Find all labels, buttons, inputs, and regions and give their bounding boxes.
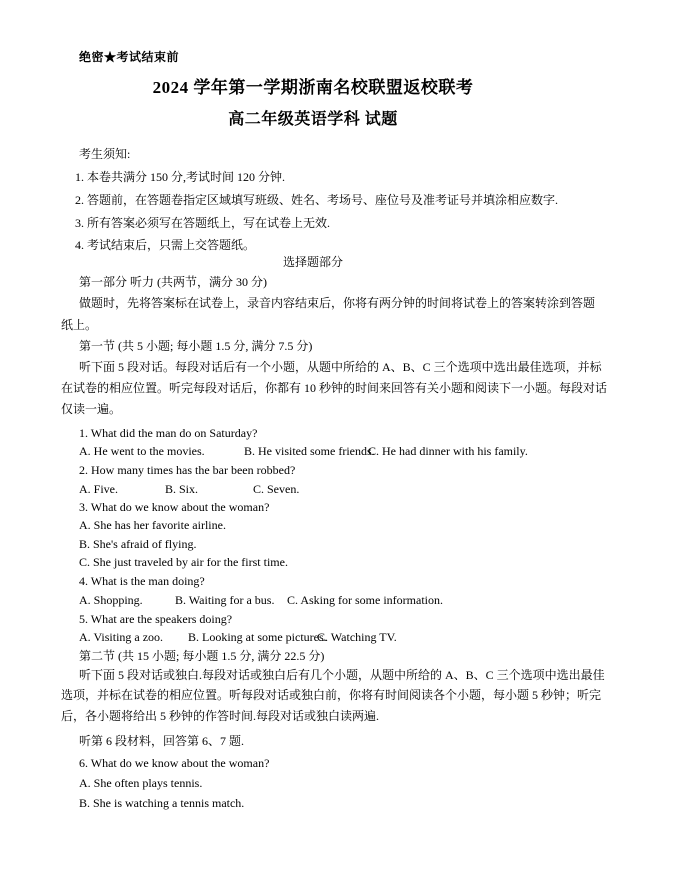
- section2-instruction-line2: 选项，并标在试卷的相应位置。听每段对话或独白前，你将有时间阅读各个小题，每小题 …: [61, 687, 565, 704]
- question-1-options-text: B. He visited some friends.: [244, 443, 375, 460]
- notice-heading: 考生须知:: [61, 146, 565, 163]
- question-4-options: A. Shopping.B. Waiting for a bus.C. Aski…: [61, 592, 565, 609]
- question-3-option-b: B. She's afraid of flying.: [61, 536, 565, 553]
- notice-item-4-text: 4. 考试结束后，只需上交答题纸。: [75, 237, 255, 254]
- part-selection-heading: 选择题部分: [61, 254, 565, 271]
- question-4: 4. What is the man doing?: [61, 573, 565, 590]
- section2-instruction-line2-text: 选项，并标在试卷的相应位置。听每段对话或独白前，你将有时间阅读各个小题，每小题 …: [61, 687, 601, 704]
- question-4-options-text: C. Asking for some information.: [287, 592, 443, 609]
- section1-instruction-line3-text: 仅读一遍。: [61, 401, 121, 418]
- notice-item-4: 4. 考试结束后，只需上交答题纸。: [61, 237, 565, 254]
- question-2-options-text: A. Five.: [79, 481, 118, 498]
- section2-instruction-line3: 后，各小题将给出 5 秒钟的作答时间.每段对话或独白读两遍.: [61, 708, 565, 725]
- question-5-options: A. Visiting a zoo.B. Looking at some pic…: [61, 629, 565, 646]
- notice-item-3-text: 3. 所有答案必须写在答题纸上，写在试卷上无效.: [75, 215, 330, 232]
- question-5-options-text: A. Visiting a zoo.: [79, 629, 163, 646]
- question-3-option-c: C. She just traveled by air for the firs…: [61, 554, 565, 571]
- question-6-option-b: B. She is watching a tennis match.: [61, 795, 565, 812]
- question-5-options-text: C. Watching TV.: [317, 629, 397, 646]
- question-4-text: 4. What is the man doing?: [79, 573, 205, 590]
- question-1-options-text: C. He had dinner with his family.: [368, 443, 528, 460]
- question-2-options-text: C. Seven.: [253, 481, 299, 498]
- question-5-options-text: B. Looking at some pictures.: [188, 629, 327, 646]
- listening-instruction-line1-text: 做题时，先将答案标在试卷上，录音内容结束后，你将有两分钟的时间将试卷上的答案转涂…: [79, 295, 595, 312]
- section1-instruction-line1: 听下面 5 段对话。每段对话后有一个小题，从题中所给的 A、B、C 三个选项中选…: [61, 359, 565, 376]
- question-5-text: 5. What are the speakers doing?: [79, 611, 232, 628]
- question-6-text: 6. What do we know about the woman?: [79, 755, 269, 772]
- exam-subtitle-text: 高二年级英语学科 试题: [228, 111, 398, 128]
- question-5: 5. What are the speakers doing?: [61, 611, 565, 628]
- part1-listening-heading-text: 第一部分 听力 (共两节，满分 30 分): [79, 274, 267, 291]
- security-label: 绝密★考试结束前: [61, 49, 565, 66]
- exam-subtitle: 高二年级英语学科 试题: [61, 109, 565, 130]
- section2-heading-text: 第二节 (共 15 小题; 每小题 1.5 分, 满分 22.5 分): [79, 648, 324, 665]
- exam-paper-page: 绝密★考试结束前2024 学年第一学期浙南名校联盟返校联考高二年级英语学科 试题…: [0, 0, 700, 877]
- question-2: 2. How many times has the bar been robbe…: [61, 462, 565, 479]
- question-1-text: 1. What did the man do on Saturday?: [79, 425, 257, 442]
- section1-heading-text: 第一节 (共 5 小题; 每小题 1.5 分, 满分 7.5 分): [79, 338, 312, 355]
- question-2-text: 2. How many times has the bar been robbe…: [79, 462, 295, 479]
- notice-item-1-text: 1. 本卷共满分 150 分,考试时间 120 分钟.: [75, 169, 285, 186]
- section1-instruction-line2: 在试卷的相应位置。听完每段对话后，你都有 10 秒钟的时间来回答有关小题和阅读下…: [61, 380, 565, 397]
- question-6-option-a: A. She often plays tennis.: [61, 775, 565, 792]
- notice-item-2-text: 2. 答题前，在答题卷指定区域填写班级、姓名、考场号、座位号及准考证号并填涂相应…: [75, 192, 558, 209]
- notice-item-1: 1. 本卷共满分 150 分,考试时间 120 分钟.: [61, 169, 565, 186]
- question-6-option-b-text: B. She is watching a tennis match.: [79, 795, 244, 812]
- notice-item-2: 2. 答题前，在答题卷指定区域填写班级、姓名、考场号、座位号及准考证号并填涂相应…: [61, 192, 565, 209]
- exam-title: 2024 学年第一学期浙南名校联盟返校联考: [61, 77, 565, 99]
- question-1-options-text: A. He went to the movies.: [79, 443, 205, 460]
- part-selection-heading-text: 选择题部分: [283, 255, 343, 269]
- listening-instruction-line2: 纸上。: [61, 317, 565, 334]
- section2-heading: 第二节 (共 15 小题; 每小题 1.5 分, 满分 22.5 分): [61, 648, 565, 665]
- question-1-options: A. He went to the movies.B. He visited s…: [61, 443, 565, 460]
- question-2-options: A. Five.B. Six.C. Seven.: [61, 481, 565, 498]
- exam-title-text: 2024 学年第一学期浙南名校联盟返校联考: [153, 78, 474, 97]
- material-6-prompt: 听第 6 段材料，回答第 6、7 题.: [61, 733, 565, 750]
- question-1: 1. What did the man do on Saturday?: [61, 425, 565, 442]
- question-3-option-a: A. She has her favorite airline.: [61, 517, 565, 534]
- listening-instruction-line2-text: 纸上。: [61, 317, 97, 334]
- question-3-option-c-text: C. She just traveled by air for the firs…: [79, 554, 288, 571]
- section1-instruction-line3: 仅读一遍。: [61, 401, 565, 418]
- section1-instruction-line1-text: 听下面 5 段对话。每段对话后有一个小题，从题中所给的 A、B、C 三个选项中选…: [79, 359, 602, 376]
- security-label-text: 绝密★考试结束前: [79, 49, 179, 66]
- section1-heading: 第一节 (共 5 小题; 每小题 1.5 分, 满分 7.5 分): [61, 338, 565, 355]
- material-6-prompt-text: 听第 6 段材料，回答第 6、7 题.: [79, 733, 244, 750]
- section2-instruction-line1-text: 听下面 5 段对话或独白.每段对话或独白后有几个小题，从题中所给的 A、B、C …: [79, 667, 605, 684]
- question-2-options-text: B. Six.: [165, 481, 198, 498]
- exam-paper-content: 绝密★考试结束前2024 学年第一学期浙南名校联盟返校联考高二年级英语学科 试题…: [61, 0, 565, 877]
- notice-item-3: 3. 所有答案必须写在答题纸上，写在试卷上无效.: [61, 215, 565, 232]
- question-4-options-text: B. Waiting for a bus.: [175, 592, 274, 609]
- section2-instruction-line1: 听下面 5 段对话或独白.每段对话或独白后有几个小题，从题中所给的 A、B、C …: [61, 667, 565, 684]
- section1-instruction-line2-text: 在试卷的相应位置。听完每段对话后，你都有 10 秒钟的时间来回答有关小题和阅读下…: [61, 380, 607, 397]
- part1-listening-heading: 第一部分 听力 (共两节，满分 30 分): [61, 274, 565, 291]
- question-3: 3. What do we know about the woman?: [61, 499, 565, 516]
- question-3-text: 3. What do we know about the woman?: [79, 499, 269, 516]
- question-4-options-text: A. Shopping.: [79, 592, 143, 609]
- question-3-option-b-text: B. She's afraid of flying.: [79, 536, 196, 553]
- question-6-option-a-text: A. She often plays tennis.: [79, 775, 202, 792]
- section2-instruction-line3-text: 后，各小题将给出 5 秒钟的作答时间.每段对话或独白读两遍.: [61, 708, 379, 725]
- listening-instruction-line1: 做题时，先将答案标在试卷上，录音内容结束后，你将有两分钟的时间将试卷上的答案转涂…: [61, 295, 565, 312]
- question-3-option-a-text: A. She has her favorite airline.: [79, 517, 226, 534]
- question-6: 6. What do we know about the woman?: [61, 755, 565, 772]
- notice-heading-text: 考生须知:: [79, 146, 130, 163]
